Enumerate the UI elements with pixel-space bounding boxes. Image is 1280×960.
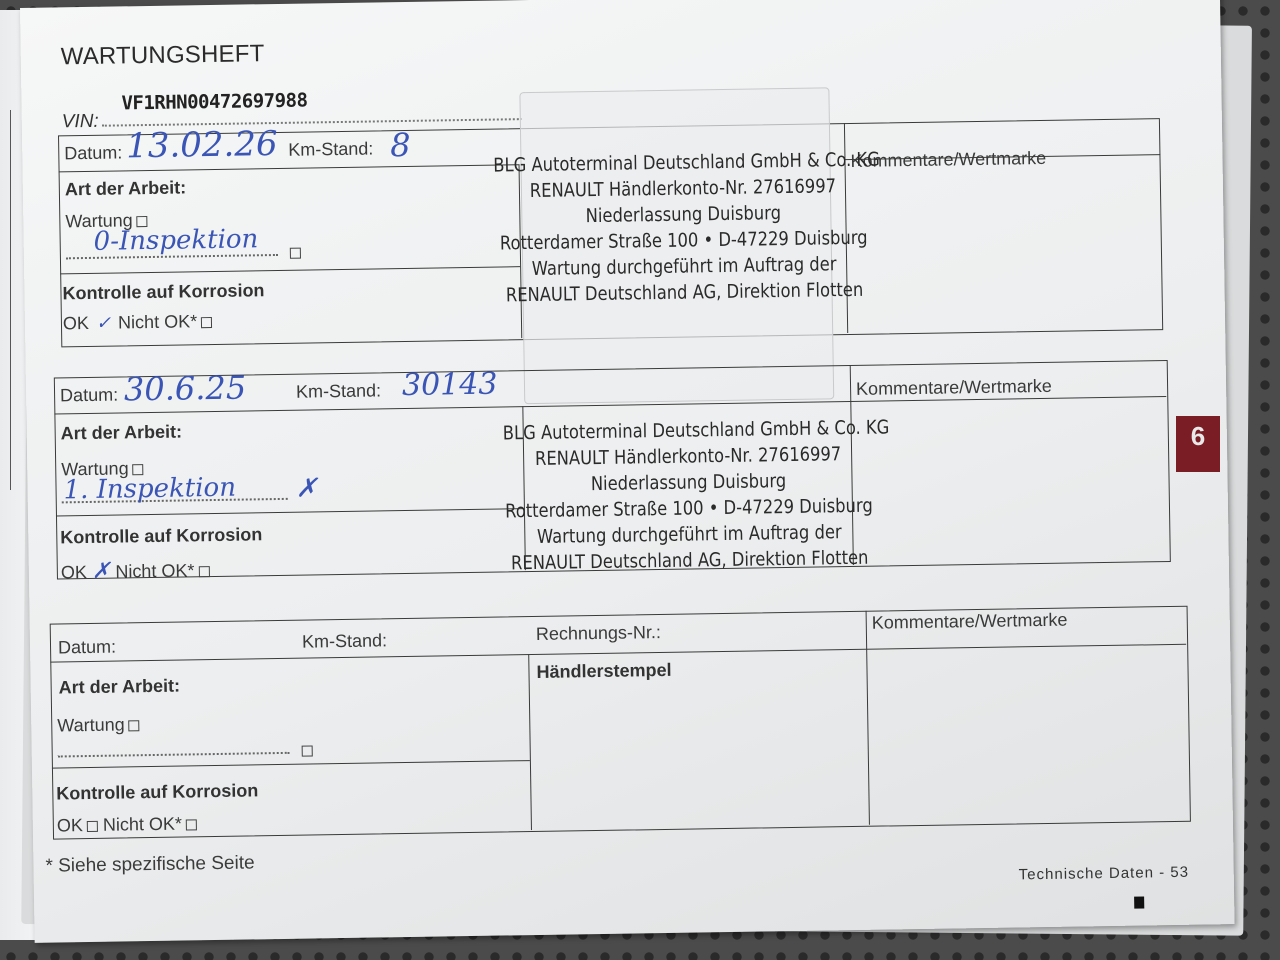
page-footer: Technische Daten - 53 (1019, 864, 1190, 884)
section-tab[interactable]: 6 (1176, 416, 1220, 472)
korrosion-row: OK Nicht OK* (57, 813, 197, 836)
ok-checkbox[interactable] (87, 821, 98, 832)
km-stand-value[interactable]: 8 (390, 126, 411, 164)
nicht-ok-label: Nicht OK* (103, 814, 182, 835)
nicht-ok-label: Nicht OK* (115, 560, 194, 581)
page-title: WARTUNGSHEFT (61, 40, 265, 71)
footer-marker (1134, 896, 1144, 908)
service-entry-1: Datum: 13.02.26 Km-Stand: 8 Kommentare/W… (20, 0, 1220, 8)
dealer-stamp-2: BLG Autoterminal Deutschland GmbH & Co. … (503, 415, 875, 577)
art-der-arbeit-value[interactable]: 1. Inspektion (63, 473, 236, 506)
nicht-ok-checkbox[interactable] (201, 317, 212, 328)
maintenance-booklet-page: WARTUNGSHEFT VF1RHN00472697988 VIN: Datu… (20, 0, 1235, 943)
datum-label: Datum: (64, 142, 122, 164)
ok-cross-mark[interactable]: ✗ (92, 559, 111, 584)
work-checkbox[interactable] (302, 745, 313, 756)
vin-label: VIN: (62, 111, 99, 134)
wartung-text: Wartung (57, 714, 125, 735)
ok-checkmark[interactable]: ✓ (96, 313, 111, 334)
korrosion-row: OK ✓ Nicht OK* (63, 311, 212, 334)
kontrolle-label: Kontrolle auf Korrosion (62, 280, 264, 304)
datum-value[interactable]: 30.6.25 (124, 368, 247, 408)
nicht-ok-checkbox[interactable] (198, 566, 209, 577)
art-der-arbeit-value[interactable]: 0-Inspektion (93, 224, 258, 257)
ok-label: OK (63, 313, 89, 333)
kontrolle-label: Kontrolle auf Korrosion (60, 524, 262, 548)
kontrolle-label: Kontrolle auf Korrosion (56, 780, 258, 804)
stamp-line: RENAULT Deutschland AG, Direktion Flotte… (505, 545, 875, 577)
haendlerstempel-label: Händlerstempel (536, 660, 671, 683)
km-stand-label: Km-Stand: (302, 630, 387, 652)
work-checkbox[interactable] (290, 248, 301, 259)
service-entry-2: Datum: 30.6.25 Km-Stand: 30143 Kommentar… (20, 0, 1220, 8)
wartung-label: Wartung (57, 714, 140, 736)
ok-label: OK (61, 562, 87, 582)
art-der-arbeit-label: Art der Arbeit: (65, 177, 187, 200)
kommentare-label: Kommentare/Wertmarke (872, 610, 1068, 634)
work-checkbox-cross[interactable]: ✗ (295, 473, 317, 503)
service-entry-3: Datum: Km-Stand: Rechnungs-Nr.: Kommenta… (20, 0, 1220, 8)
art-der-arbeit-label: Art der Arbeit: (59, 676, 181, 699)
kommentare-label: Kommentare/Wertmarke (856, 376, 1052, 400)
nicht-ok-label: Nicht OK* (118, 311, 197, 332)
km-stand-label: Km-Stand: (296, 380, 381, 402)
korrosion-row: OK ✗ Nicht OK* (61, 557, 210, 584)
kommentare-label: Kommentare/Wertmarke (850, 148, 1046, 172)
rechnungs-nr-label: Rechnungs-Nr.: (536, 622, 661, 645)
wartung-checkbox[interactable] (129, 720, 140, 731)
datum-value[interactable]: 13.02.26 (126, 124, 278, 166)
art-der-arbeit-label: Art der Arbeit: (61, 422, 183, 445)
datum-label: Datum: (60, 385, 118, 407)
km-stand-value[interactable]: 30143 (402, 367, 498, 403)
left-page-mark (0, 110, 11, 490)
ok-label: OK (57, 815, 83, 835)
vin-value: VF1RHN00472697988 (121, 89, 307, 114)
datum-label: Datum: (58, 637, 116, 659)
km-stand-label: Km-Stand: (288, 138, 373, 160)
dealer-stamp-1: BLG Autoterminal Deutschland GmbH & Co. … (493, 147, 874, 309)
nicht-ok-checkbox[interactable] (186, 819, 197, 830)
footnote: * Siehe spezifische Seite (45, 852, 254, 877)
